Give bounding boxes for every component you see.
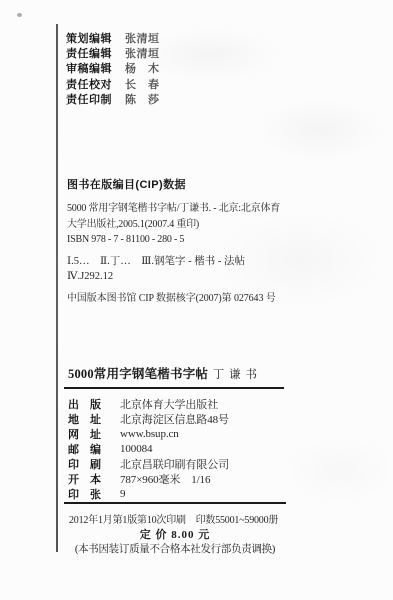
title-bar: 5000常用字钢笔楷书字帖 丁 谦 书 — [68, 364, 284, 382]
publication-value: 北京海淀区信息路48号 — [120, 411, 229, 427]
publication-value: 787×960毫米 1/16 — [120, 471, 210, 487]
publication-value: www.bsup.cn — [120, 428, 179, 440]
cip-entry-block: 5000 常用字钢笔楷书字帖/丁谦书. - 北京:北京体育 大学出版社,2005… — [67, 201, 280, 248]
publication-label: 邮 编 — [68, 441, 120, 457]
editor-name: 张清垣 — [125, 30, 160, 46]
publication-label: 印 张 — [68, 486, 120, 502]
publication-label: 地 址 — [68, 411, 120, 427]
publication-value: 9 — [120, 488, 125, 500]
cip-classification-block: Ⅰ.5… Ⅱ.丁… Ⅲ.钢笔字 - 楷书 - 法帖 Ⅳ.J292.12 — [67, 254, 245, 284]
publication-value: 北京体育大学出版社 — [120, 396, 218, 412]
publication-label: 出 版 — [68, 396, 120, 412]
print-run-line: 2012年1月第1版第10次印刷 印数55001~59000册 — [69, 511, 278, 526]
editor-name: 杨 木 — [125, 60, 160, 76]
cip-header: 图书在版编目(CIP)数据 — [67, 176, 186, 192]
page-fold-line — [56, 24, 58, 552]
exchange-notice: (本书因装订质量不合格本社发行部负责调换) — [54, 541, 296, 556]
editor-credit-row: 责任印制 陈 莎 — [66, 92, 160, 107]
cip-entry-line2: 大学出版社,2005.1(2007.4 重印) — [67, 217, 280, 233]
publication-label: 网 址 — [68, 426, 120, 442]
divider-line-top — [64, 387, 284, 389]
editor-name: 陈 莎 — [125, 91, 160, 107]
editor-credit-row: 审稿编辑 杨 木 — [66, 61, 160, 76]
editor-role-label: 责任印制 — [66, 91, 112, 107]
publication-row: 出 版 北京体育大学出版社 — [68, 396, 229, 411]
editor-credit-row: 责任校对 长 春 — [66, 76, 160, 91]
cip-classification-line1: Ⅰ.5… Ⅱ.丁… Ⅲ.钢笔字 - 楷书 - 法帖 — [67, 254, 245, 269]
publication-row: 网 址 www.bsup.cn — [68, 426, 229, 441]
price-line: 定 价 8.00 元 — [64, 526, 286, 542]
editor-role-label: 责任编辑 — [66, 45, 112, 61]
editor-name: 张清垣 — [125, 45, 160, 61]
author-credit: 丁 谦 书 — [213, 366, 284, 382]
publication-value: 100084 — [120, 443, 152, 455]
publication-label: 印 刷 — [68, 456, 120, 472]
editor-credit-row: 策划编辑 张清垣 — [66, 30, 160, 45]
editor-credit-row: 责任编辑 张清垣 — [66, 45, 160, 60]
publication-label: 开 本 — [68, 471, 120, 487]
publication-row: 地 址 北京海淀区信息路48号 — [68, 411, 229, 426]
cip-isbn-line: ISBN 978 - 7 - 81100 - 280 - 5 — [67, 232, 280, 248]
divider-line-bottom — [64, 502, 286, 504]
book-colophon-page: 策划编辑 张清垣 责任编辑 张清垣 审稿编辑 杨 木 责任校对 长 春 责任印制… — [0, 0, 393, 600]
scan-speck — [17, 13, 22, 17]
publication-info-list: 出 版 北京体育大学出版社 地 址 北京海淀区信息路48号 网 址 www.bs… — [68, 396, 229, 502]
publication-row: 印 刷 北京昌联印刷有限公司 — [68, 456, 229, 471]
cip-record-number: 中国版本图书馆 CIP 数据核字(2007)第 027643 号 — [67, 289, 276, 304]
cip-entry-line1: 5000 常用字钢笔楷书字帖/丁谦书. - 北京:北京体育 — [67, 201, 280, 217]
publication-row: 开 本 787×960毫米 1/16 — [68, 471, 229, 486]
publication-row: 印 张 9 — [68, 487, 229, 502]
editor-role-label: 责任校对 — [66, 76, 112, 92]
book-title: 5000常用字钢笔楷书字帖 — [68, 364, 208, 382]
editor-role-label: 策划编辑 — [66, 30, 112, 46]
editorial-credits: 策划编辑 张清垣 责任编辑 张清垣 审稿编辑 杨 木 责任校对 长 春 责任印制… — [66, 30, 160, 107]
publication-row: 邮 编 100084 — [68, 441, 229, 456]
publication-value: 北京昌联印刷有限公司 — [120, 456, 229, 472]
editor-role-label: 审稿编辑 — [66, 60, 112, 76]
editor-name: 长 春 — [125, 76, 160, 92]
cip-classification-line2: Ⅳ.J292.12 — [67, 269, 245, 284]
